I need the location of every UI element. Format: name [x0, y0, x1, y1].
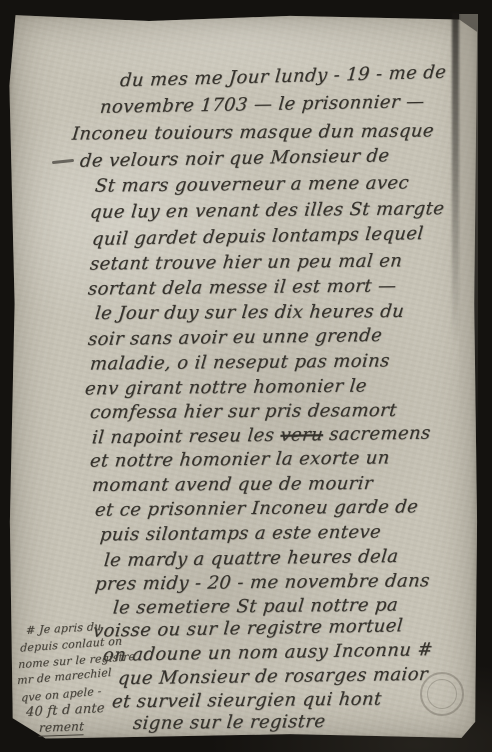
adjacent-page-edge: [459, 14, 478, 444]
text-fragment: il napoint reseu les: [91, 425, 281, 449]
text-line: le Jour duy sur les dix heures du: [94, 301, 405, 324]
text-line: soir sans avoir eu unne grende: [87, 325, 383, 350]
text-fragment: sacremens: [322, 423, 431, 446]
text-line: que luy en venant des illes St margte: [89, 198, 445, 223]
text-line: maladie, o il neseput pas moins: [89, 350, 391, 374]
text-line: pres midy - 20 - me novembre dans: [94, 570, 431, 595]
margin-note-text: rement: [39, 719, 85, 737]
text-line: env girant nottre homonier le: [84, 376, 368, 400]
page-crease: [452, 13, 459, 343]
text-line: St mars gouverneur a mene avec: [94, 172, 410, 196]
text-line: momant avend que de mourir: [91, 473, 374, 496]
text-line: Inconeu touiours masque dun masque: [71, 120, 435, 144]
text-line: et nottre homonier la exorte un: [89, 447, 391, 471]
text-line: le mardy a quattre heures dela: [103, 546, 399, 571]
text-line: et surveil sieurgien qui hont: [111, 689, 383, 713]
text-line: comfessa hier sur pris desamort: [89, 400, 398, 423]
struck-word: veru: [279, 424, 324, 446]
text-line: que Monsieur de rosarges maior: [117, 664, 429, 689]
manuscript-photo: du mes me Jour lundy - 19 - me denovembr…: [0, 0, 492, 752]
text-line: le semetiere St paul nottre pa: [112, 594, 399, 618]
stamp-mark: [420, 672, 464, 716]
text-line: puis silontamps a este enteve: [99, 522, 382, 546]
text-line: signe sur le registre: [132, 711, 326, 734]
text-line: sortant dela messe il est mort —: [87, 275, 397, 299]
text-line: setant trouve hier un peu mal en: [89, 250, 403, 274]
margin-note-line: rement: [39, 719, 85, 735]
text-line: et ce prisonnier Inconeu garde de: [94, 496, 419, 520]
